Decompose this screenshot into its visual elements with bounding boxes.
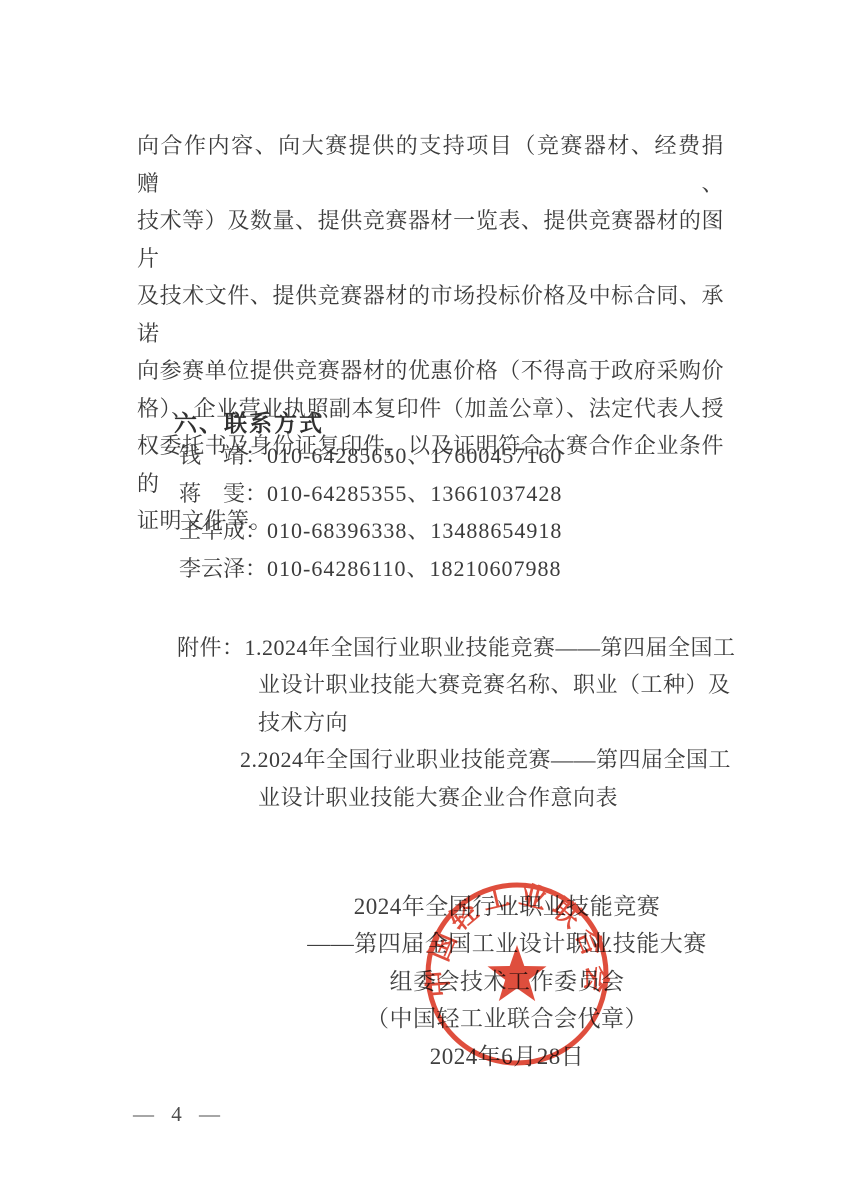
page-number: — 4 —	[133, 1102, 220, 1127]
attachment-line: 技术方向	[177, 704, 736, 741]
contact-row: 蒋 雯：010-64285355、13661037428	[179, 475, 562, 513]
contact-name: 蒋 雯	[179, 475, 245, 513]
contact-phones: 010-64285355、13661037428	[267, 481, 562, 506]
signature-org-line: ——第四届全国工业设计职业技能大赛	[157, 925, 848, 962]
contact-separator: ：	[245, 475, 267, 513]
attachment-line: 业设计职业技能大赛企业合作意向表	[177, 779, 736, 816]
signature-org-line: 2024年全国行业职业技能竞赛	[157, 888, 848, 925]
contact-row: 李云泽：010-64286110、18210607988	[179, 550, 562, 588]
contact-list: 钱 靖：010-64285650、17600457160 蒋 雯：010-642…	[179, 437, 562, 587]
body-line: 向参赛单位提供竞赛器材的优惠价格（不得高于政府采购价	[137, 352, 724, 390]
section-heading-contact: 六、联系方式	[174, 405, 324, 438]
contact-phones: 010-64286110、18210607988	[267, 556, 562, 581]
attachment-label: 附件：	[177, 635, 245, 660]
contact-separator: ：	[245, 437, 267, 475]
contact-separator: ：	[245, 550, 267, 588]
body-line: 向合作内容、向大赛提供的支持项目（竞赛器材、经费捐赠、	[137, 127, 724, 202]
contact-row: 钱 靖：010-64285650、17600457160	[179, 437, 562, 475]
attachment-block: 附件：1.2024年全国行业职业技能竞赛——第四届全国工 业设计职业技能大赛竞赛…	[177, 629, 736, 816]
contact-phones: 010-64285650、17600457160	[267, 443, 562, 468]
attachment-item-1-title: 1.2024年全国行业职业技能竞赛——第四届全国工	[245, 635, 736, 660]
signature-org-line: 组委会技术工作委员会	[157, 963, 848, 1000]
body-line: 技术等）及数量、提供竞赛器材一览表、提供竞赛器材的图片	[137, 202, 724, 277]
signature-proxy-line: （中国轻工业联合会代章）	[157, 1000, 848, 1037]
signature-date: 2024年6月28日	[157, 1038, 848, 1075]
contact-row: 王华成：010-68396338、13488654918	[179, 512, 562, 550]
contact-separator: ：	[245, 512, 267, 550]
body-line: 及技术文件、提供竞赛器材的市场投标价格及中标合同、承诺	[137, 277, 724, 352]
attachment-line: 附件：1.2024年全国行业职业技能竞赛——第四届全国工	[177, 629, 736, 666]
contact-name: 钱 靖	[179, 437, 245, 475]
contact-phones: 010-68396338、13488654918	[267, 518, 562, 543]
attachment-line: 业设计职业技能大赛竞赛名称、职业（工种）及	[177, 666, 736, 703]
contact-name: 李云泽	[179, 550, 245, 588]
attachment-item-2-title: 2.2024年全国行业职业技能竞赛——第四届全国工	[177, 741, 736, 778]
signature-block: 2024年全国行业职业技能竞赛 ——第四届全国工业设计职业技能大赛 组委会技术工…	[157, 888, 848, 1075]
document-page: 向合作内容、向大赛提供的支持项目（竞赛器材、经费捐赠、 技术等）及数量、提供竞赛…	[0, 0, 848, 1200]
contact-name: 王华成	[179, 512, 245, 550]
